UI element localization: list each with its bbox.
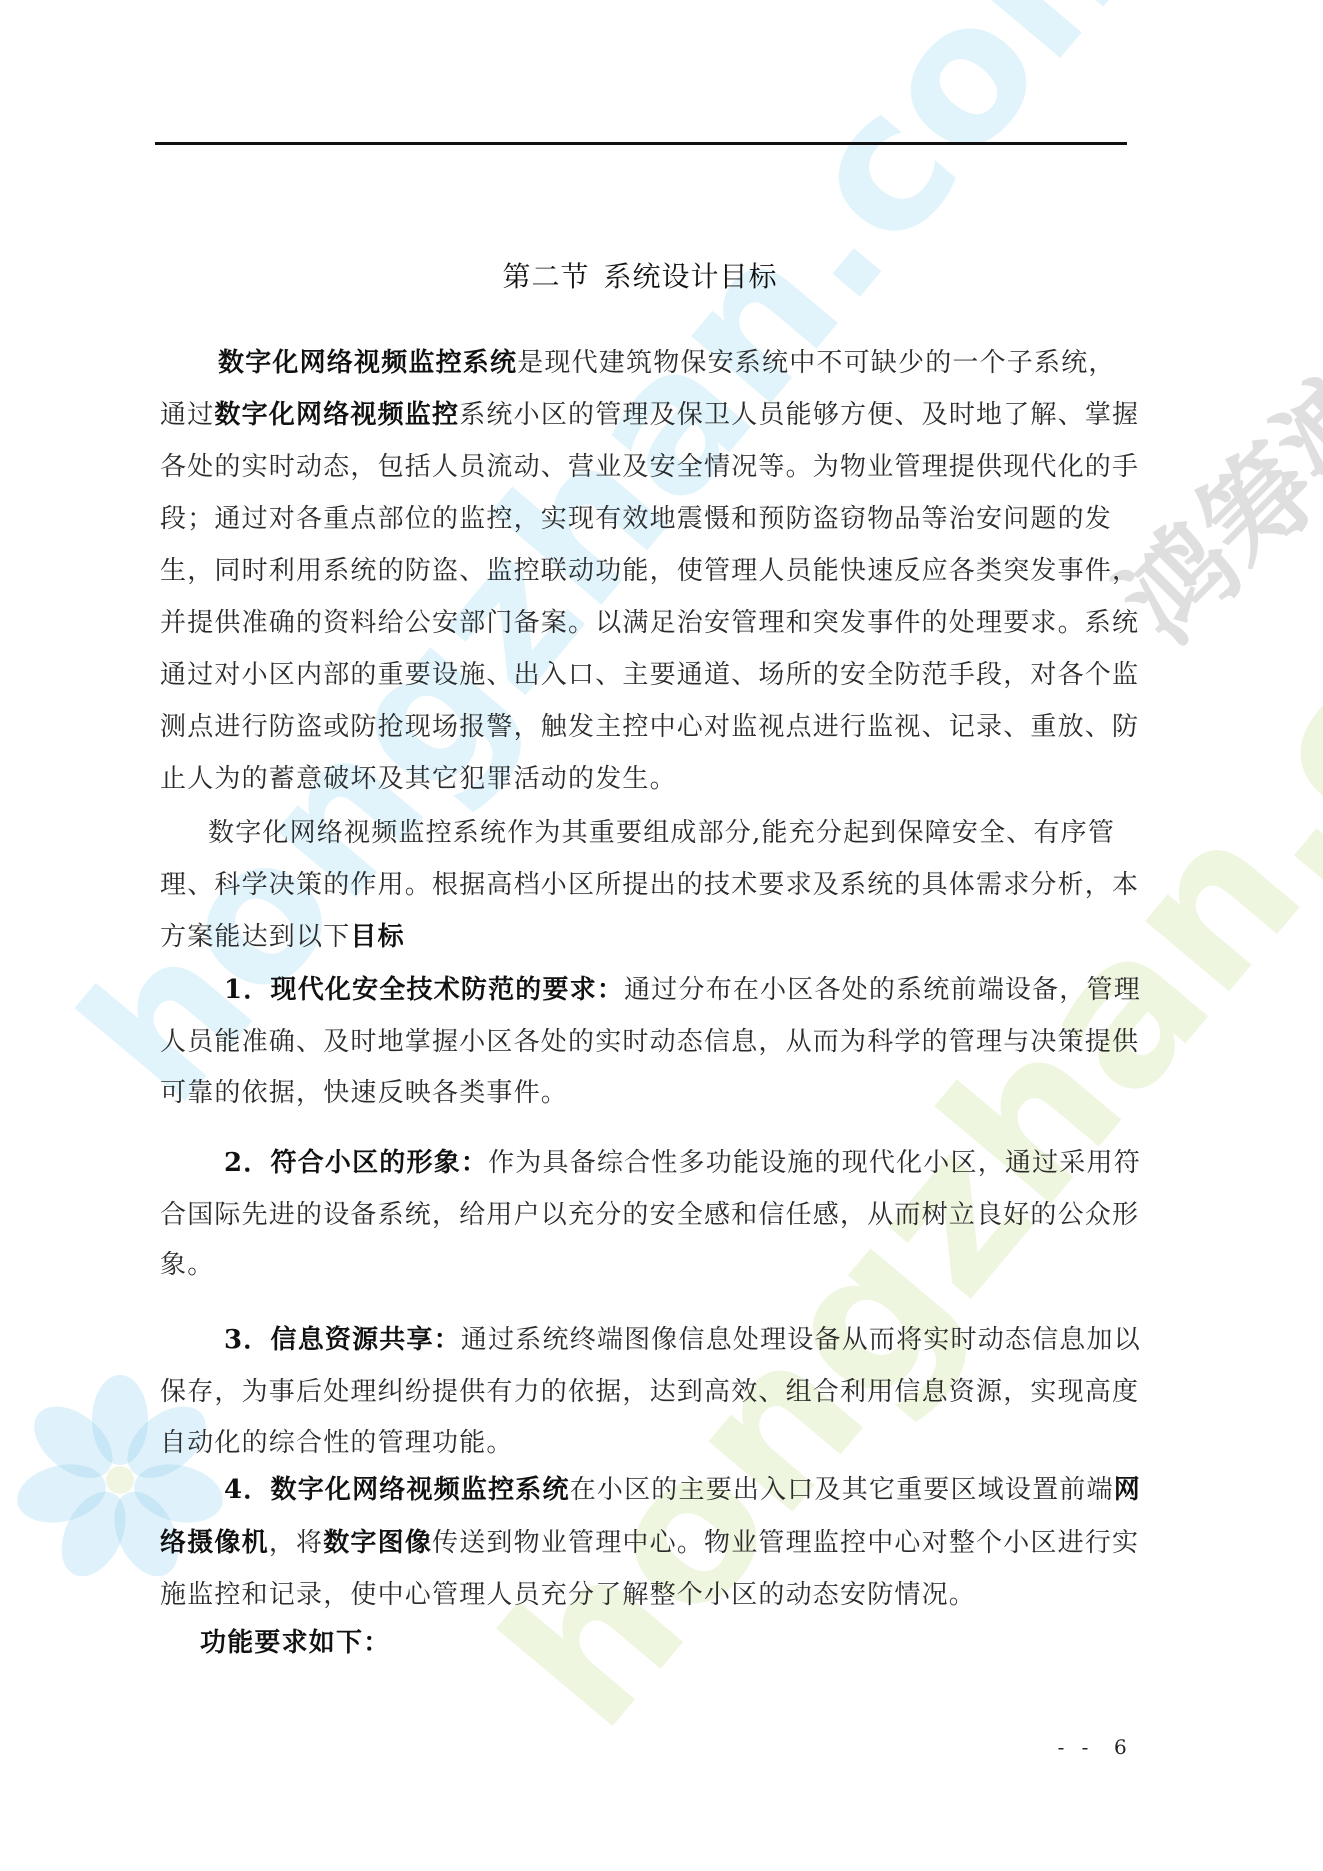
paragraph-line: 1．现代化安全技术防范的要求：通过分布在小区各处的系统前端设备，管理 <box>160 973 1110 1007</box>
paragraph-line: 象。 <box>160 1248 1110 1282</box>
line-text: 传送到物业管理中心。物业管理监控中心对整个小区进行实 <box>432 1528 1139 1558</box>
paragraph-line: 络摄像机，将数字图像传送到物业管理中心。物业管理监控中心对整个小区进行实 <box>160 1526 1110 1560</box>
page-dash: - <box>1050 1735 1074 1759</box>
bold-term: 数字图像 <box>323 1528 432 1558</box>
paragraph-line: 可靠的依据，快速反映各类事件。 <box>160 1076 1110 1110</box>
line-text: 系统小区的管理及保卫人员能够方便、及时地了解、掌握 <box>459 400 1139 430</box>
paragraph-line: 方案能达到以下目标 <box>160 920 1110 954</box>
section-number: 第二节 <box>502 260 589 293</box>
paragraph-line: 数字化网络视频监控系统作为其重要组成部分,能充分起到保障安全、有序管 <box>160 816 1110 850</box>
line-text: 是现代建筑物保安系统中不可缺少的一个子系统， <box>517 348 1115 378</box>
header-rule <box>155 142 1127 145</box>
item-heading: 符合小区的形象： <box>271 1148 489 1178</box>
paragraph-line: 施监控和记录，使中心管理人员充分了解整个小区的动态安防情况。 <box>160 1578 1110 1612</box>
paragraph-line: 各处的实时动态，包括人员流动、营业及安全情况等。为物业管理提供现代化的手 <box>160 450 1110 484</box>
function-requirements-heading: 功能要求如下： <box>160 1626 1150 1660</box>
line-text: 在小区的主要出入口及其它重要区域设置前端 <box>570 1475 1114 1505</box>
paragraph-line: 自动化的综合性的管理功能。 <box>160 1426 1110 1460</box>
paragraph-line: 测点进行防盗或防抢现场报警，触发主控中心对监视点进行监视、记录、重放、防 <box>160 710 1110 744</box>
bold-term: 目标 <box>350 922 404 952</box>
line-text: 通过系统终端图像信息处理设备从而将实时动态信息加以 <box>461 1325 1141 1355</box>
paragraph-line: 2．符合小区的形象：作为具备综合性多功能设施的现代化小区，通过采用符 <box>160 1146 1110 1180</box>
item-number: 1． <box>224 975 271 1005</box>
paragraph-line: 3．信息资源共享：通过系统终端图像信息处理设备从而将实时动态信息加以 <box>160 1323 1110 1357</box>
bold-term: 数字化网络视频监控系统 <box>218 348 517 378</box>
page-title: 第二节系统设计目标 <box>0 255 1280 295</box>
page-number-value: 6 <box>1114 1735 1129 1759</box>
paragraph-line: 止人为的蓄意破坏及其它犯罪活动的发生。 <box>160 762 1110 796</box>
item-number: 3． <box>224 1325 271 1355</box>
section-name: 系统设计目标 <box>604 260 778 293</box>
paragraph-line: 合国际先进的设备系统，给用户以充分的安全感和信任感，从而树立良好的公众形 <box>160 1198 1110 1232</box>
paragraph-line: 人员能准确、及时地掌握小区各处的实时动态信息，从而为科学的管理与决策提供 <box>160 1025 1110 1059</box>
paragraph-line: 保存，为事后处理纠纷提供有力的依据，达到高效、组合利用信息资源，实现高度 <box>160 1375 1110 1409</box>
bold-term: 数字化网络视频监控 <box>214 400 459 430</box>
paragraph-line: 4．数字化网络视频监控系统在小区的主要出入口及其它重要区域设置前端网 <box>160 1473 1110 1507</box>
paragraph-line: 生，同时利用系统的防盗、监控联动功能，使管理人员能快速反应各类突发事件， <box>160 554 1110 588</box>
paragraph-line: 数字化网络视频监控系统是现代建筑物保安系统中不可缺少的一个子系统， <box>160 346 1110 380</box>
bold-term: 络摄像机 <box>160 1528 269 1558</box>
item-number: 4． <box>224 1475 271 1505</box>
paragraph-line: 通过对小区内部的重要设施、出入口、主要通道、场所的安全防范手段，对各个监 <box>160 658 1110 692</box>
item-heading: 现代化安全技术防范的要求： <box>271 975 625 1005</box>
paragraph-line: 通过数字化网络视频监控系统小区的管理及保卫人员能够方便、及时地了解、掌握 <box>160 398 1110 432</box>
paragraph-line: 并提供准确的资料给公安部门备案。以满足治安管理和突发事件的处理要求。系统 <box>160 606 1110 640</box>
line-text: ，将 <box>269 1528 323 1558</box>
line-text: 方案能达到以下 <box>160 922 350 952</box>
paragraph-line: 段；通过对各重点部位的监控，实现有效地震慑和预防盗窃物品等治安问题的发 <box>160 502 1110 536</box>
page-number: --6 <box>1050 1735 1129 1759</box>
line-text: 作为具备综合性多功能设施的现代化小区，通过采用符 <box>488 1148 1141 1178</box>
item-heading: 信息资源共享： <box>271 1325 461 1355</box>
paragraph-line: 理、科学决策的作用。根据高档小区所提出的技术要求及系统的具体需求分析，本 <box>160 868 1110 902</box>
item-heading: 数字化网络视频监控系统 <box>271 1475 570 1505</box>
line-text: 通过 <box>160 400 214 430</box>
bold-term: 网 <box>1114 1475 1141 1505</box>
page-dash: - <box>1074 1735 1098 1759</box>
line-text: 通过分布在小区各处的系统前端设备，管理 <box>624 975 1141 1005</box>
item-number: 2． <box>224 1148 271 1178</box>
